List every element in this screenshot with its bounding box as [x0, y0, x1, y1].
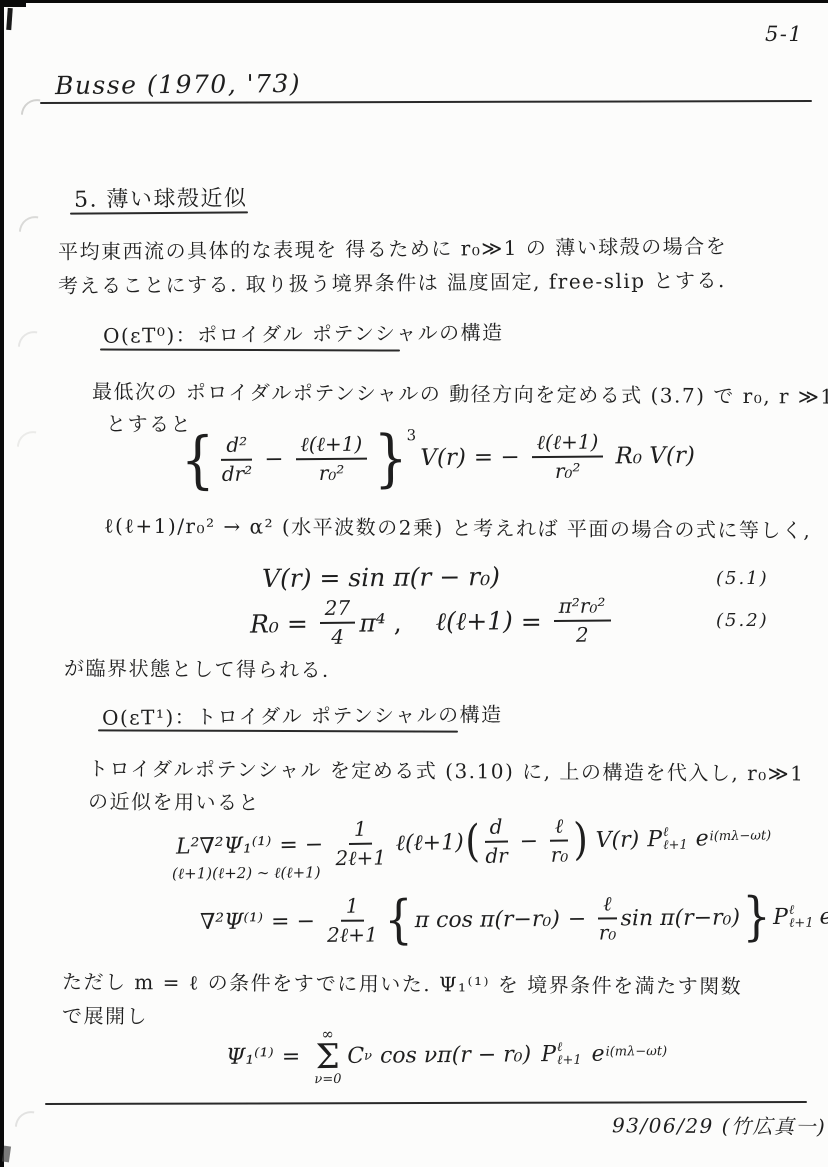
v-of-r: V(r) [595, 827, 639, 853]
cos-term: π cos π(r−r₀) [415, 906, 560, 932]
equation-label-5-2: (5.2) [716, 610, 769, 631]
toroidal-heading-underline [98, 729, 458, 732]
equation-expansion: Ψ₁⁽¹⁾ = ∞ Σ ν=0 Cν cos νπ(r − r₀) P ℓℓ+1… [226, 1024, 668, 1086]
coefficient-c: C [347, 1044, 364, 1069]
fraction-ll-r02: ℓ(ℓ+1) r₀² [295, 432, 367, 485]
intro-line-2: 考えることにする. 取り扱う境界条件は 温度固定, free-slip とする. [58, 264, 726, 299]
lhs-laplacian-psi: L²∇²Ψ₁⁽¹⁾ [176, 833, 272, 859]
cos-body: cos νπ(r − r₀) [380, 1042, 531, 1068]
scan-edge-left [0, 0, 4, 1167]
poloidal-para-1: 最低次の ポロイダルポテンシャルの 動径方向を定める式 (3.7) で r₀, … [92, 375, 828, 409]
exp-e: e [695, 826, 708, 851]
approximation-note: (ℓ+1)(ℓ+2) ∼ ℓ(ℓ+1) [172, 863, 321, 883]
fraction-27-4: 27 4 [320, 597, 356, 649]
fraction-d-dr: d dr [484, 815, 508, 867]
legendre-indices: ℓℓ+1 [663, 826, 688, 852]
legendre-symbol: P [773, 904, 788, 929]
poloidal-conclusion: が臨界状態として得られる. [64, 652, 330, 683]
right-brace: } [374, 430, 408, 486]
poloidal-heading: O(εT⁰)：ポロイダル ポテンシャルの構造 [103, 316, 504, 348]
summation: ∞ Σ ν=0 [314, 1027, 342, 1086]
equation-toroidal-2: ∇²Ψ⁽¹⁾ = − 1 2ℓ+1 { π cos π(r−r₀) − ℓ r₀… [200, 890, 828, 948]
scan-corner-tick [6, 8, 13, 30]
binder-ring-mark [7, 1103, 61, 1158]
legendre-symbol: P [541, 1042, 556, 1067]
page-number: 5-1 [765, 22, 803, 46]
equation-5-1: V(r) = sin π(r − r₀) [262, 562, 500, 593]
condition-para-2: で展開し [62, 1000, 148, 1030]
l-l-plus-1: ℓ(ℓ+1) [396, 829, 464, 856]
exp-e: e [819, 904, 828, 929]
toroidal-heading: O(εT¹)：トロイダル ポテンシャルの構造 [102, 698, 503, 730]
left-paren: ( [465, 822, 480, 862]
toroidal-para-2: の近似を用いると [88, 785, 260, 815]
lhs-psi: Ψ₁⁽¹⁾ [226, 1044, 274, 1069]
intro-line-1: 平均東西流の具体的な表現を 得るために r₀≫1 の 薄い球殻の場合を [58, 230, 727, 265]
reference-underline [40, 100, 812, 104]
scan-corner-artifact [0, 0, 26, 7]
scanned-notebook-page: 5-1 Busse (1970, '73) 5. 薄い球殻近似 平均東西流の具体… [0, 0, 828, 1167]
toroidal-para-1: トロイダルポテンシャル を定める式 (3.10) に, 上の構造を代入し, r₀… [88, 752, 805, 786]
condition-para-1: ただし m = ℓ の条件をすでに用いた. Ψ₁⁽¹⁾ を 境界条件を満たす関数 [62, 966, 742, 1000]
rayleigh-symbol: R₀ [250, 609, 279, 638]
l-l-plus-1: ℓ(ℓ+1) [436, 606, 513, 637]
sin-term: sin π(r−r₀) [621, 905, 741, 931]
right-paren: ) [573, 820, 588, 860]
equation-radial: { d² dr² − ℓ(ℓ+1) r₀² } 3 V(r) = − ℓ(ℓ+1… [178, 428, 695, 488]
left-brace: { [384, 897, 413, 944]
section-title-underline [70, 211, 248, 214]
alpha-substitution-line: ℓ(ℓ+1)/r₀² → α² (水平波数の2乗) と考えれば 平面の場合の式に… [104, 510, 812, 544]
equals-minus: = − [474, 444, 520, 470]
poloidal-heading-underline [100, 348, 400, 351]
fraction-1-2l1: 1 2ℓ+1 [335, 817, 386, 870]
fraction-1-2l1: 1 2ℓ+1 [327, 894, 378, 946]
legendre-indices: ℓℓ+1 [557, 1041, 582, 1067]
fraction-l-r0: ℓ r₀ [550, 815, 569, 867]
equation-label-5-1: (5.1) [716, 568, 769, 589]
scan-bottom-artifact [2, 1146, 11, 1163]
comma: , [394, 608, 402, 637]
v-of-r: V(r) [420, 445, 466, 471]
fraction-d2-dr2: d² dr² [221, 433, 252, 485]
scan-edge-top [0, 0, 828, 3]
rhs-tail: R₀ V(r) [615, 443, 695, 470]
fraction-rhs: ℓ(ℓ+1) r₀² [532, 430, 604, 483]
brace-exponent: 3 [406, 426, 416, 444]
footer-date-signature: 93/06/29 (竹広真一) [612, 1109, 826, 1139]
fraction-pi2r02-2: π²r₀² 2 [554, 594, 611, 646]
exp-e: e [591, 1041, 604, 1066]
right-brace: } [742, 894, 771, 941]
equation-5-2: R₀ = 27 4 π⁴ , ℓ(ℓ+1) = π²r₀² 2 [250, 594, 615, 649]
fraction-l-r0: ℓ r₀ [598, 892, 617, 944]
exp-phase: i(mλ−ωt) [709, 828, 771, 844]
exp-phase: i(mλ−ωt) [605, 1044, 667, 1060]
legendre-indices: ℓℓ+1 [789, 904, 814, 930]
lhs-laplacian-psi: ∇²Ψ⁽¹⁾ [200, 909, 263, 935]
left-brace: { [181, 432, 215, 488]
coefficient-index: ν [364, 1048, 372, 1063]
footer-rule [45, 1101, 807, 1105]
legendre-symbol: P [647, 827, 662, 852]
section-title: 5. 薄い球殻近似 [74, 181, 248, 214]
pi-fourth: π⁴ [359, 608, 386, 637]
reference-title: Busse (1970, '73) [55, 69, 301, 100]
binder-ring-mark [10, 323, 64, 378]
binder-ring-mark [9, 423, 63, 478]
minus-operator: − [264, 446, 284, 472]
